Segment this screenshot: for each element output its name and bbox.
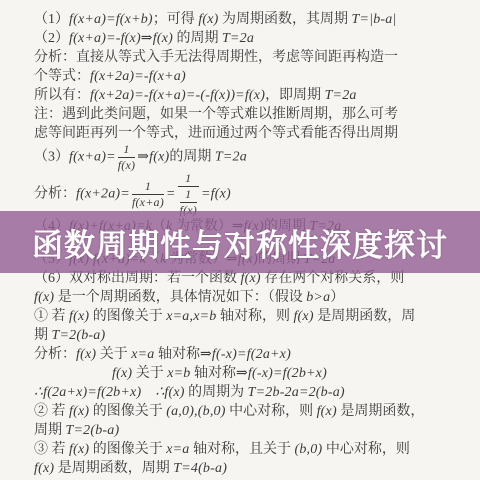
math-text: 1 — [185, 187, 191, 201]
cjk-text: 注：遇到此类问题，如果一个等式难以推断周期，那么可考 — [34, 107, 398, 122]
math-text: T=2a — [215, 150, 247, 165]
cjk-text: 为周期函数，其周期 — [219, 12, 352, 27]
math-text: ∴f(2a+x)=f(2b+x) — [34, 385, 141, 400]
doc-line-15: 期 T=2(b-a) — [34, 326, 454, 345]
cjk-text — [141, 385, 155, 400]
math-text: = — [166, 187, 176, 202]
cjk-text: 的周期为 — [185, 385, 248, 400]
math-text: f(x+2a)= — [76, 187, 130, 202]
cjk-text: （3） — [34, 150, 69, 165]
cjk-text: （6）双对称出周期：若一个函数 — [34, 271, 241, 286]
math-text: f(x) — [34, 290, 54, 305]
doc-line-4: 个等式：f(x+2a)=-f(x+a) — [34, 67, 454, 86]
doc-line-16: 分析：f(x) 关于 x=a 轴对称⇒f(-x)=f(2a+x) — [34, 345, 454, 364]
cjk-text: 分析：直接从等式入手无法得周期性，考虑等间距再构造一 — [34, 50, 398, 65]
cjk-text: 虑等间距再列一个等式，进而通过两个等式看能否得出周期 — [34, 126, 398, 141]
doc-line-7: 虑等间距再列一个等式，进而通过两个等式看能否得出周期 — [34, 124, 454, 143]
doc-line-8: （3）f(x+a)=1f(x)⇒f(x)的周期 T=2a — [34, 143, 454, 172]
math-text: f(x+2a)=-f(x+a) — [90, 69, 186, 84]
math-text: (a,0),(b,0) — [166, 404, 225, 419]
cjk-text: 期 — [34, 328, 52, 343]
math-text: f(x) — [198, 12, 218, 27]
cjk-text: 存在两个对称关系，则 — [261, 271, 405, 286]
cjk-text: 中心对称，则 — [226, 404, 317, 419]
cjk-text: 分析： — [34, 347, 76, 362]
fraction: 1f(x) — [118, 143, 135, 172]
math-text: x=a — [166, 442, 189, 457]
cjk-text: （1） — [34, 12, 69, 27]
doc-line-14: ① 若 f(x) 的图像关于 x=a,x=b 轴对称，则 f(x) 是周期函数，… — [34, 307, 454, 326]
cjk-text: 是周期函数，周 — [314, 309, 416, 324]
cjk-text: 轴对称 — [155, 347, 201, 362]
doc-line-3: 分析：直接从等式入手无法得周期性，考虑等间距再构造一 — [34, 48, 454, 67]
cjk-text: ③ 若 — [34, 442, 69, 457]
cjk-text: 是周期函数，周期 — [54, 461, 173, 476]
doc-line-19: ② 若 f(x) 的图像关于 (a,0),(b,0) 中心对称，则 f(x) 是… — [34, 402, 454, 421]
cjk-text: ；可得 — [153, 12, 199, 27]
math-text: f(x+a) — [132, 195, 164, 209]
math-text: f(x) — [69, 442, 89, 457]
cjk-text: 周期 — [34, 423, 66, 438]
math-text: b>a — [306, 290, 330, 305]
math-text: f(x+a)=-f(x)⇒f(x) — [69, 31, 173, 46]
math-text: f(x) — [241, 271, 261, 286]
math-text: f(x+2a)=-f(x+a)=-(-f(x))=f(x) — [90, 88, 265, 103]
title-banner: 函数周期性与对称性深度探讨 — [0, 211, 480, 273]
cjk-text: 轴对称，且关于 — [190, 442, 295, 457]
doc-line-21: ③ 若 f(x) 的图像关于 x=a 轴对称，且关于 (b,0) 中心对称，则 — [34, 440, 454, 459]
math-text: ⇒f(x) — [137, 150, 169, 165]
math-text: f(x) — [112, 366, 132, 381]
math-text: T=2(b-a) — [66, 423, 120, 438]
fraction: 1f(x+a) — [132, 180, 164, 209]
math-text: x=b — [167, 366, 190, 381]
math-text: T=2(b-a) — [52, 328, 106, 343]
math-text: 1 — [185, 171, 191, 185]
math-text: f(x) — [69, 404, 89, 419]
cjk-text: 的周期 — [169, 150, 215, 165]
math-text: f(x+a)= — [69, 150, 116, 165]
cjk-text: 关于 — [96, 347, 131, 362]
doc-line-20: 周期 T=2(b-a) — [34, 421, 454, 440]
cjk-text: 的图像关于 — [89, 442, 166, 457]
math-text: 1 — [123, 142, 129, 156]
doc-line-17: f(x) 关于 x=b 轴对称⇒f(-x)=f(2b+x) — [112, 364, 454, 383]
math-text: =f(x) — [201, 187, 231, 202]
cjk-text: 的周期 — [173, 31, 222, 46]
cjk-text: 是周期函数， — [337, 404, 425, 419]
cjk-text: 个等式： — [34, 69, 90, 84]
cjk-text: ） — [330, 290, 344, 305]
math-text: ⇒f(-x)=f(2b+x) — [236, 366, 327, 381]
math-text: ∴f(x) — [155, 385, 184, 400]
doc-line-13: f(x) 是一个周期函数，具体情况如下：（假设 b>a） — [34, 288, 454, 307]
cjk-text: （2） — [34, 31, 69, 46]
cjk-text: ，即周期 — [265, 88, 325, 103]
math-text: T=4(b-a) — [173, 461, 227, 476]
math-text: f(x) — [69, 309, 89, 324]
cjk-text: 的图像关于 — [89, 404, 166, 419]
doc-line-5: 所以有：f(x+2a)=-f(x+a)=-(-f(x))=f(x)，即周期 T=… — [34, 86, 454, 105]
doc-line-1: （1）f(x+a)=f(x+b)；可得 f(x) 为周期函数，其周期 T=|b-… — [34, 10, 454, 29]
math-text: T=2b-2a=2(b-a) — [248, 385, 345, 400]
cjk-text: 关于 — [132, 366, 167, 381]
math-text: T=2a — [325, 88, 357, 103]
math-text: x=a,x=b — [166, 309, 216, 324]
math-text: f(x+a)=f(x+b) — [69, 12, 153, 27]
cjk-text: 的图像关于 — [89, 309, 166, 324]
cjk-text: 是一个周期函数，具体情况如下：（假设 — [54, 290, 306, 305]
math-text: f(x) — [118, 158, 135, 172]
math-text: f(x) — [34, 461, 54, 476]
math-text: f(x) — [76, 347, 96, 362]
page-title: 函数周期性与对称性深度探讨 — [32, 220, 448, 265]
cjk-text: 分析： — [34, 187, 76, 202]
cjk-text: 轴对称 — [191, 366, 237, 381]
math-text: 1 — [145, 179, 151, 193]
math-text: (b,0) — [295, 442, 323, 457]
math-text: T=2a — [222, 31, 254, 46]
math-text: T=|b-a| — [352, 12, 397, 27]
cjk-text: 轴对称，则 — [216, 309, 293, 324]
math-text: f(x) — [317, 404, 337, 419]
cjk-text: 中心对称，则 — [322, 442, 410, 457]
math-text: f(x) — [293, 309, 313, 324]
cjk-text: ① 若 — [34, 309, 69, 324]
doc-line-18: ∴f(2a+x)=f(2b+x) ∴f(x) 的周期为 T=2b-2a=2(b-… — [34, 383, 454, 402]
cjk-text: ② 若 — [34, 404, 69, 419]
doc-line-6: 注：遇到此类问题，如果一个等式难以推断周期，那么可考 — [34, 105, 454, 124]
doc-line-2: （2）f(x+a)=-f(x)⇒f(x) 的周期 T=2a — [34, 29, 454, 48]
doc-line-22: f(x) 是周期函数，周期 T=4(b-a) — [34, 459, 454, 478]
math-text: ⇒f(-x)=f(2a+x) — [200, 347, 291, 362]
math-text: x=a — [131, 347, 154, 362]
cjk-text: 所以有： — [34, 88, 90, 103]
